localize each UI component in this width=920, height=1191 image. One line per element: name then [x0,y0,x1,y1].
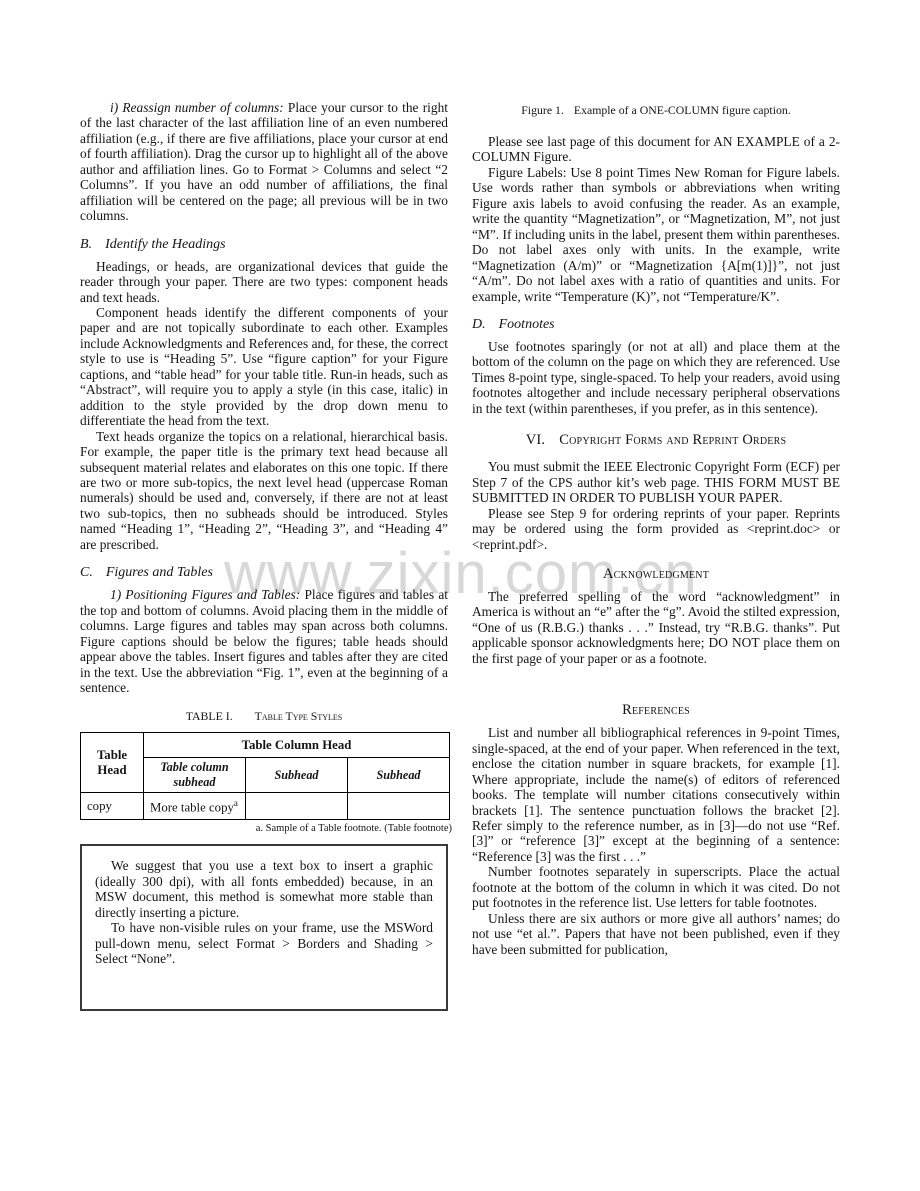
section-heading-identify-headings: B.Identify the Headings [80,237,448,253]
list-item-label: i) Reassign number of columns: [110,100,284,115]
paragraph-reprints: Please see Step 9 for ordering reprints … [472,506,840,552]
paragraph-figure-labels: Figure Labels: Use 8 point Times New Rom… [472,165,840,304]
section-heading-footnotes: D.Footnotes [472,317,840,333]
table-row: Table Head Table Column Head [81,733,450,758]
paragraph-number-footnotes: Number footnotes separately in superscri… [472,864,840,910]
table-subhead-3: Subhead [348,758,450,793]
paragraph-see-last-page: Please see last page of this document fo… [472,134,840,165]
table-column-head: Table Column Head [144,733,450,758]
section-heading-copyright: VI.Copyright Forms and Reprint Orders [472,432,840,449]
right-column: Figure 1.Example of a ONE-COLUMN figure … [472,103,840,957]
section-heading-figures-tables: C.Figures and Tables [80,565,448,581]
section-letter: B. [80,237,92,252]
table-type-styles: Table Head Table Column Head Table colum… [80,732,450,820]
table-subhead-2: Subhead [246,758,348,793]
table-cell-empty [348,793,450,820]
paragraph-headings-intro: Headings, or heads, are organizational d… [80,259,448,305]
paragraph-use-footnotes: Use footnotes sparingly (or not at all) … [472,339,840,416]
paragraph-reassign-columns: i) Reassign number of columns: Place you… [80,100,448,224]
figure-caption-text: Example of a ONE-COLUMN figure caption. [574,103,791,117]
table-cell-more-copy: More table copya [144,793,246,820]
paragraph-positioning-figures: 1) Positioning Figures and Tables: Place… [80,587,448,695]
figure-caption: Figure 1.Example of a ONE-COLUMN figure … [472,103,840,118]
left-column: i) Reassign number of columns: Place you… [80,100,448,1011]
box-paragraph-rules: To have non-visible rules on your frame,… [95,920,433,966]
table-corner-head: Table Head [81,733,144,793]
paper-page: www.zixin.com.cn i) Reassign number of c… [0,0,920,1191]
list-item-text: Place figures and tables at the top and … [80,587,448,695]
section-heading-references: References [472,702,840,719]
table-cell-copy: copy [81,793,144,820]
section-letter: D. [472,317,486,332]
table-cell-empty [246,793,348,820]
section-heading-acknowledgment: Acknowledgment [472,566,840,583]
paragraph-component-heads: Component heads identify the different c… [80,305,448,429]
table-caption-number: TABLE I. [186,709,233,723]
paragraph-references-list: List and number all bibliographical refe… [472,725,840,864]
table-footnote-marker: a [234,798,238,808]
paragraph-acknowledgment-spelling: The preferred spelling of the word “ackn… [472,589,840,666]
box-paragraph-graphic: We suggest that you use a text box to in… [95,858,433,920]
table-caption: TABLE I.Table Type Styles [80,709,448,724]
table-cell-text: More table copy [150,800,234,814]
list-item-label: 1) Positioning Figures and Tables: [110,587,300,602]
list-item-text: Place your cursor to the right of the la… [80,100,448,223]
paragraph-six-authors: Unless there are six authors or more giv… [472,911,840,957]
section-number: VI. [526,432,546,448]
table-subhead-1: Table column subhead [144,758,246,793]
paragraph-ecf-submit: You must submit the IEEE Electronic Copy… [472,459,840,505]
figure-caption-number: Figure 1. [521,103,564,117]
section-title: Identify the Headings [105,237,226,252]
text-box-note: We suggest that you use a text box to in… [80,844,448,1011]
table-footnote: a. Sample of a Table footnote. (Table fo… [80,823,452,834]
section-letter: C. [80,565,93,580]
paragraph-text-heads: Text heads organize the topics on a rela… [80,429,448,553]
table-row: copy More table copya [81,793,450,820]
section-title: Footnotes [499,317,555,332]
section-title: Figures and Tables [106,565,213,580]
section-title: Copyright Forms and Reprint Orders [559,432,786,448]
table-caption-title: Table Type Styles [255,709,343,723]
